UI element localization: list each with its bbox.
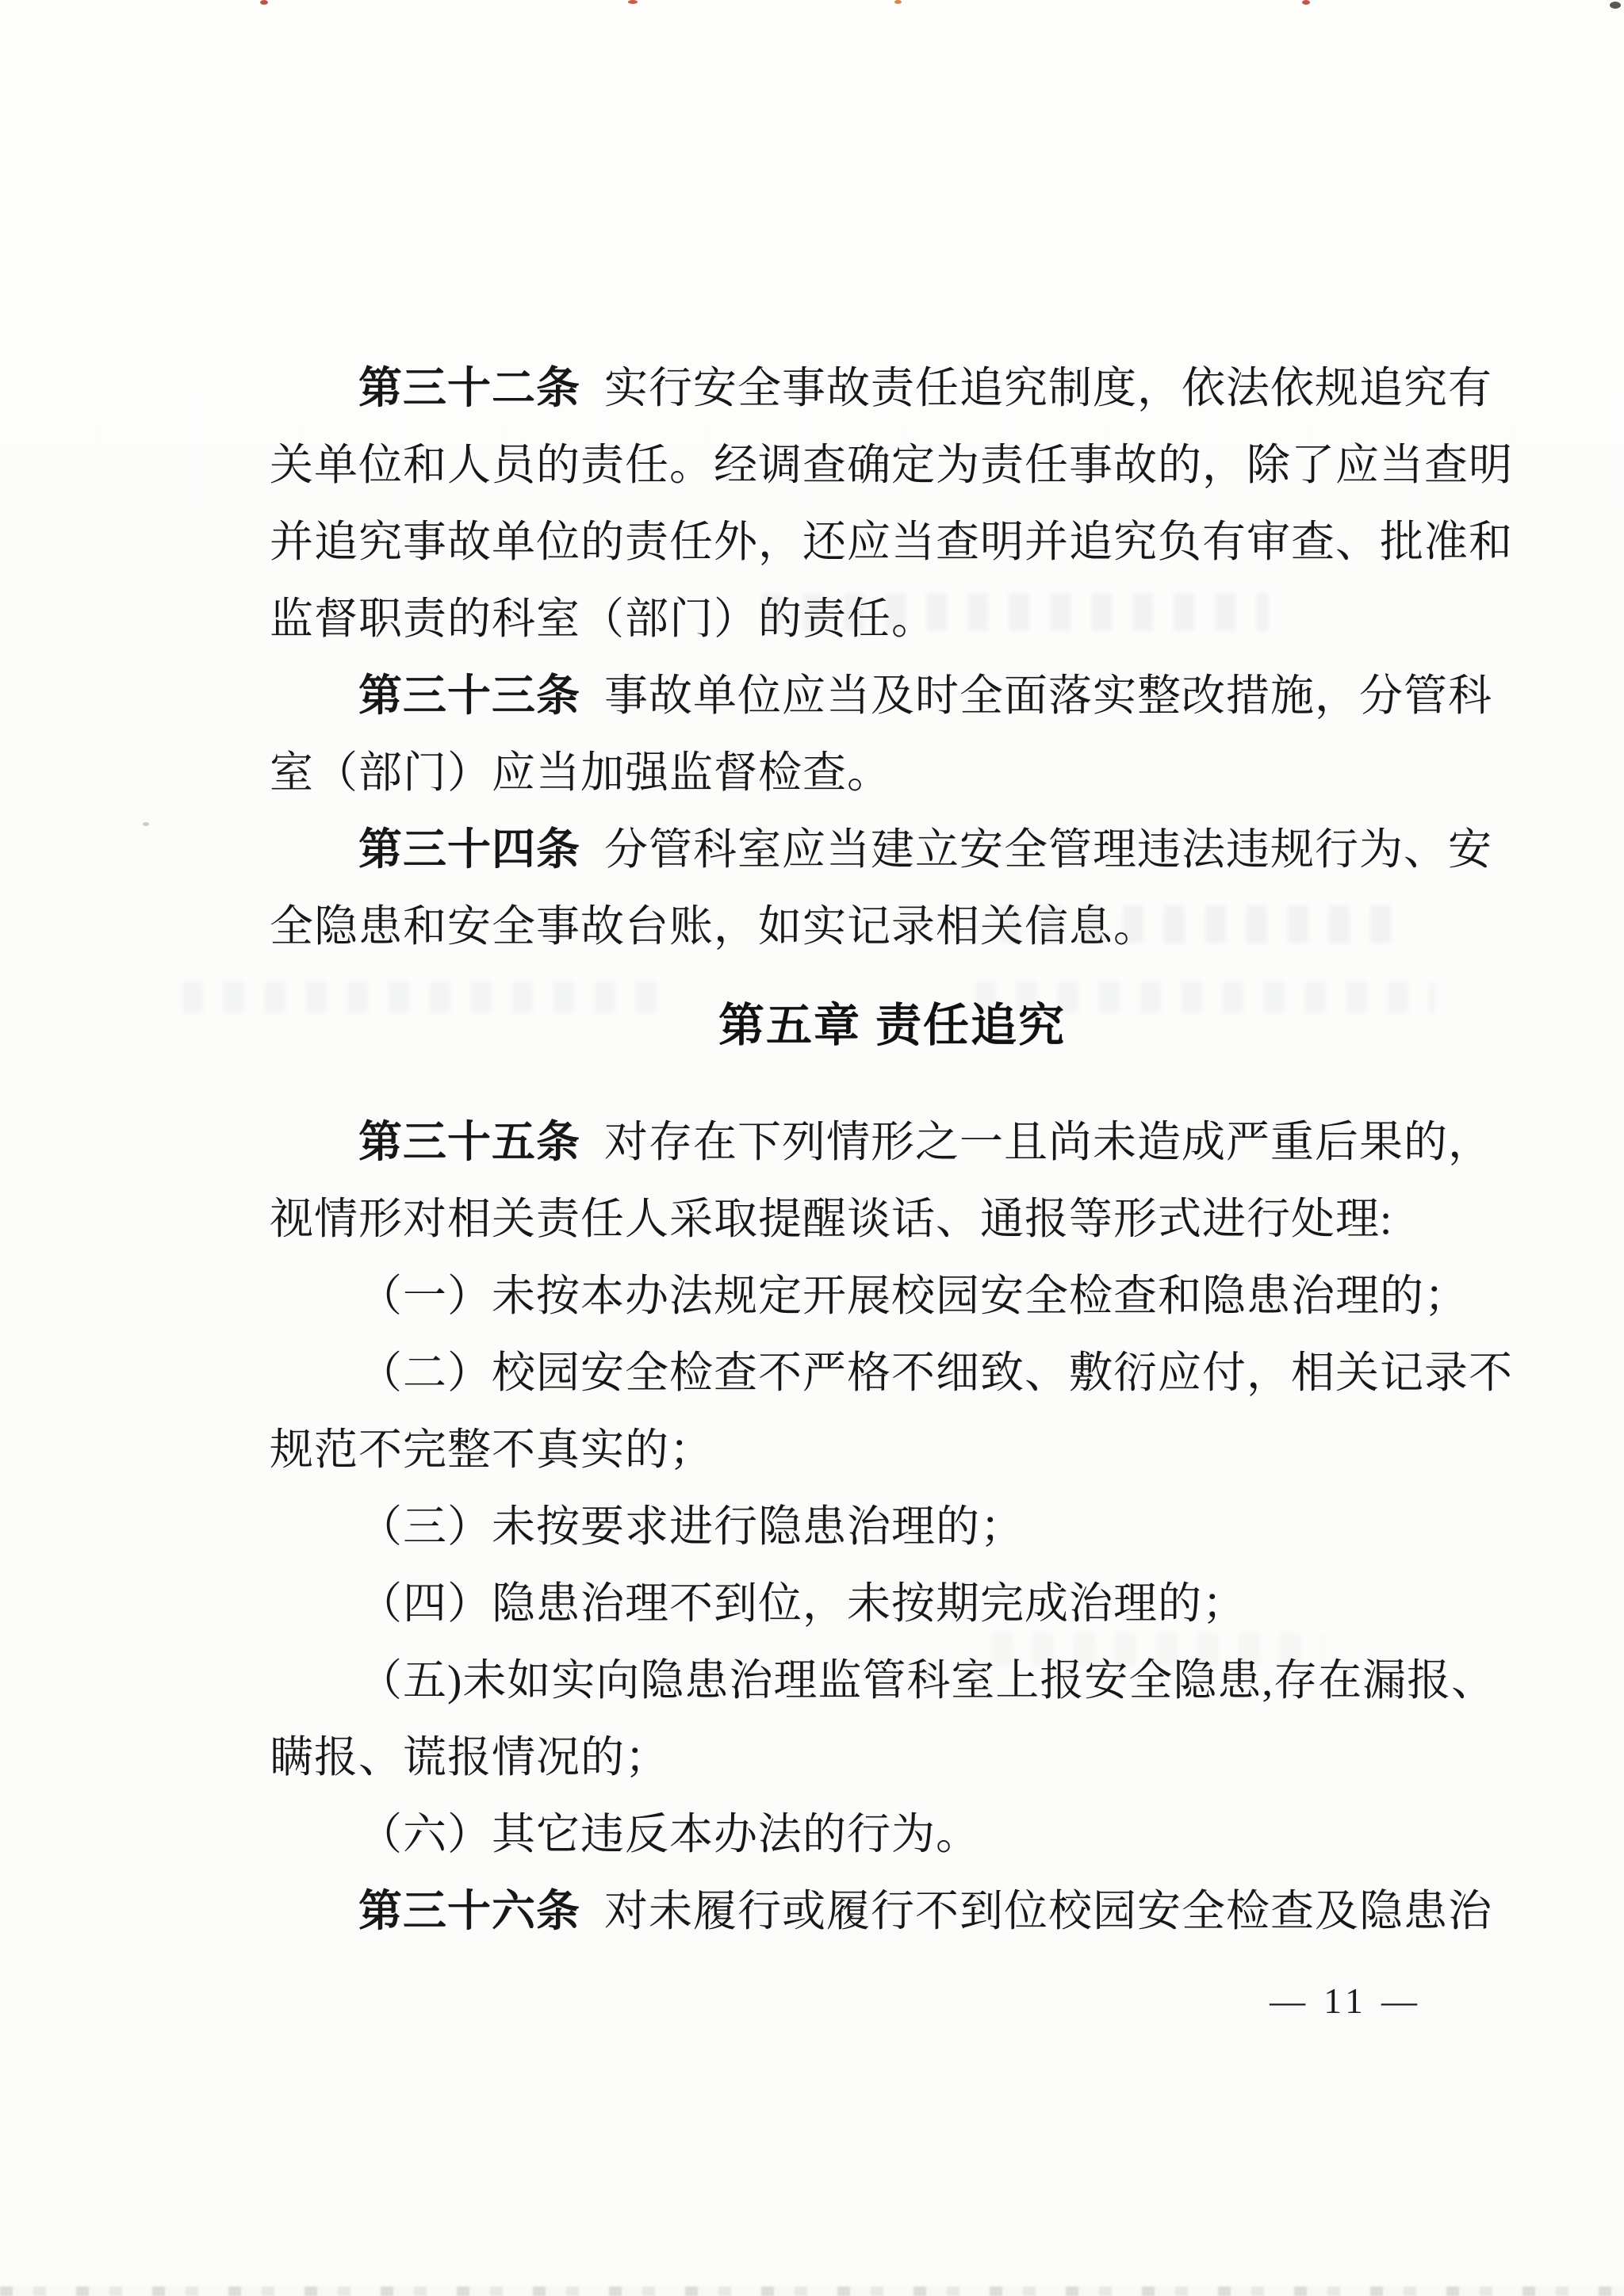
body-line: 规范不完整不真实的； [270,1411,1515,1488]
scan-speck [143,822,149,826]
article-label: 第三十二条 [358,364,580,412]
line-text: 全隐患和安全事故台账，如实记录相关信息。 [270,902,1158,951]
line-text: 监督职责的科室（部门）的责任。 [270,595,936,643]
scanned-document-page: 第三十二条实行安全事故责任追究制度，依法依规追究有 关单位和人员的责任。经调查确… [0,0,1624,2296]
scan-speck [1610,2,1621,9]
body-line list-item: （三）未按要求进行隐患治理的； [270,1488,1515,1565]
document-body: 第三十二条实行安全事故责任追究制度，依法依规追究有 关单位和人员的责任。经调查确… [270,350,1515,1950]
body-line list-item: （五)未如实向隐患治理监管科室上报安全隐患,存在漏报、 [270,1642,1515,1719]
body-line: 视情形对相关责任人采取提醒谈话、通报等形式进行处理: [270,1181,1515,1257]
body-line: 第三十三条事故单位应当及时全面落实整改措施，分管科 [270,657,1515,734]
scan-speck [260,0,268,5]
body-line: 瞒报、谎报情况的； [270,1719,1515,1796]
body-line: 第三十二条实行安全事故责任追究制度，依法依规追究有 [270,350,1515,427]
line-text: 事故单位应当及时全面落实整改措施，分管科 [604,672,1492,720]
line-text: 规范不完整不真实的； [270,1425,714,1474]
line-text: 室（部门）应当加强监督检查。 [270,748,891,797]
article-label: 第三十四条 [358,825,580,874]
line-text: 并追究事故单位的责任外，还应当查明并追究负有审查、批准和 [270,518,1513,566]
page-number: — 11 — [1270,1980,1422,2022]
line-text: 对存在下列情形之一且尚未造成严重后果的， [604,1118,1492,1166]
body-line: 室（部门）应当加强监督检查。 [270,734,1515,811]
article-label: 第三十五条 [358,1118,580,1166]
line-text: （三）未按要求进行隐患治理的； [358,1502,1025,1551]
body-line: 并追究事故单位的责任外，还应当查明并追究负有审查、批准和 [270,503,1515,580]
line-text: （一）未按本办法规定开展校园安全检查和隐患治理的； [358,1272,1469,1320]
line-text: （六）其它违反本办法的行为。 [358,1810,980,1858]
line-text: （二）校园安全检查不严格不细致、敷衍应付，相关记录不 [358,1349,1513,1397]
body-line: 第三十四条分管科室应当建立安全管理违法违规行为、安 [270,811,1515,888]
line-text: 关单位和人员的责任。经调查确定为责任事故的，除了应当查明 [270,441,1513,489]
body-line: 监督职责的科室（部门）的责任。 [270,580,1515,657]
line-text: 实行安全事故责任追究制度，依法依规追究有 [604,364,1492,412]
line-text: （四）隐患治理不到位，未按期完成治理的； [358,1579,1247,1628]
body-line list-item: （二）校园安全检查不严格不细致、敷衍应付，相关记录不 [270,1334,1515,1411]
chapter-heading: 第五章 责任追究 [270,987,1515,1064]
body-line list-item: （四）隐患治理不到位，未按期完成治理的； [270,1565,1515,1642]
line-text: 瞒报、谎报情况的； [270,1733,669,1781]
body-line: 第三十六条对未履行或履行不到位校园安全检查及隐患治 [270,1873,1515,1950]
body-line: 第三十五条对存在下列情形之一且尚未造成严重后果的， [270,1104,1515,1181]
scan-speck [1302,0,1310,5]
body-line list-item: （六）其它违反本办法的行为。 [270,1796,1515,1873]
article-label: 第三十三条 [358,672,580,720]
scan-speck [894,0,902,4]
body-line: 关单位和人员的责任。经调查确定为责任事故的，除了应当查明 [270,427,1515,503]
article-label: 第三十六条 [358,1887,580,1935]
line-text: 视情形对相关责任人采取提醒谈话、通报等形式进行处理: [270,1195,1392,1243]
scan-speck [628,0,638,4]
body-line: 全隐患和安全事故台账，如实记录相关信息。 [270,888,1515,965]
line-text: 分管科室应当建立安全管理违法违规行为、安 [604,825,1492,874]
scan-edge-noise [0,2286,1624,2296]
line-text: 对未履行或履行不到位校园安全检查及隐患治 [604,1887,1492,1935]
body-line list-item: （一）未按本办法规定开展校园安全检查和隐患治理的； [270,1257,1515,1334]
line-text: （五)未如实向隐患治理监管科室上报安全隐患,存在漏报、 [358,1656,1496,1705]
